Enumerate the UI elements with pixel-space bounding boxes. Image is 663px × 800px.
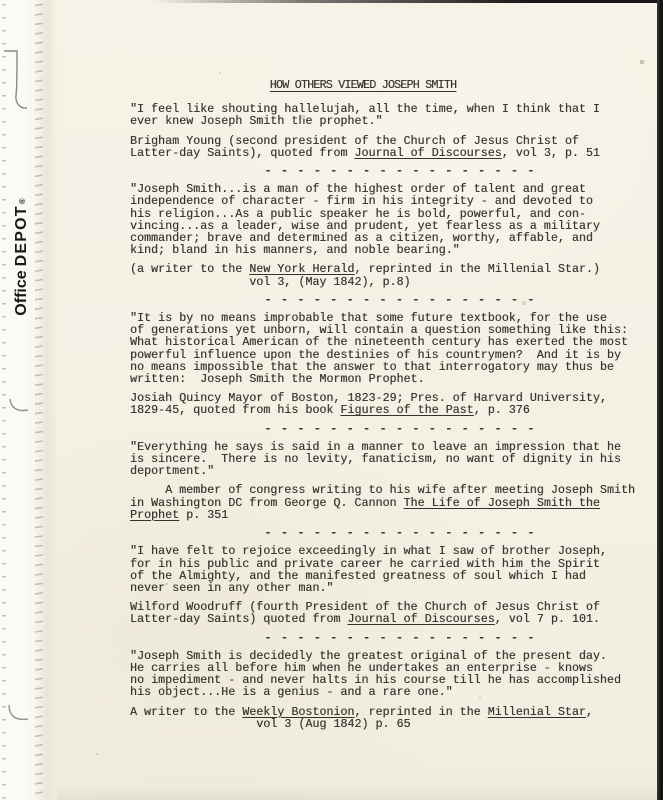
quote-block: "It is by no means improbable that some … [130,312,640,435]
quote-block: "I feel like shouting hallelujah, all th… [130,103,640,177]
attribution-text: Wilford Woodruff (fourth President of th… [130,601,640,625]
quote-text: "It is by no means improbable that some … [130,312,640,385]
quote-text: "Everything he says is said in a manner … [130,441,640,478]
paper-specks [0,0,2,2]
page-bottom-shadow [58,784,657,800]
cited-work-title: Journal of Discourses [347,612,494,626]
quote-block: "Joseph Smith is decidedly the greatest … [130,650,640,730]
attribution-text: A writer to the Weekly Bostonion, reprin… [130,706,640,730]
sheet-protector-binding-strip [0,0,58,800]
registered-trademark-icon: ® [18,198,27,204]
binder-edge-dots [2,4,6,800]
dashed-separator: - - - - - - - - - - - - - - - - - [130,423,640,435]
quote-text: "I have felt to rejoice exceedingly in w… [130,545,640,594]
quote-block: "I have felt to rejoice exceedingly in w… [130,545,640,643]
scanned-document-page: Office DEPOT ® HOW OTHERS VIEWED JOSEPH … [0,0,663,800]
scan-edge-right [657,0,663,800]
cited-work-title: Journal of Discourses [354,146,501,160]
quote-block: "Everything he says is said in a manner … [130,441,640,539]
cited-work-title: Millenial Star [488,705,586,719]
quote-text: "Joseph Smith is decidedly the greatest … [130,650,640,699]
attribution-text: Brigham Young (second president of the C… [130,135,640,159]
cited-work-title: Figures of the Past [340,403,473,417]
dashed-separator: - - - - - - - - - - - - - - - - - [130,632,640,644]
dashed-separator: - - - - - - - - - - - - - - - - - [130,294,640,306]
quote-block: "Joseph Smith...is a man of the highest … [130,183,640,306]
office-depot-logo: Office DEPOT ® [9,194,35,320]
scan-edge-top [150,0,663,3]
brand-office-label: Office [13,270,31,315]
office-depot-logo-text: Office DEPOT ® [10,192,34,322]
dashed-separator: - - - - - - - - - - - - - - - - - [130,527,640,539]
sleeve-seam-stitching [35,0,43,800]
document-body: HOW OTHERS VIEWED JOSEPH SMITH "I feel l… [130,79,640,736]
attribution-text: A member of congress writing to his wife… [130,484,640,521]
dashed-separator: - - - - - - - - - - - - - - - - - [130,165,640,177]
quote-text: "I feel like shouting hallelujah, all th… [130,103,640,127]
attribution-text: (a writer to the New York Herald, reprin… [130,263,640,287]
attribution-part: , vol 3, p. 51 [502,146,600,160]
attribution-text: Josiah Quincy Mayor of Boston, 1823-29; … [130,392,640,416]
attribution-part: , vol 7 p. 101. [495,612,600,626]
quote-text: "Joseph Smith...is a man of the highest … [130,183,640,256]
brand-depot-label: DEPOT [13,205,31,266]
attribution-part: , p. 376 [474,403,530,417]
attribution-part: p. 351 [179,508,228,522]
document-title: HOW OTHERS VIEWED JOSEPH SMITH [130,79,640,91]
